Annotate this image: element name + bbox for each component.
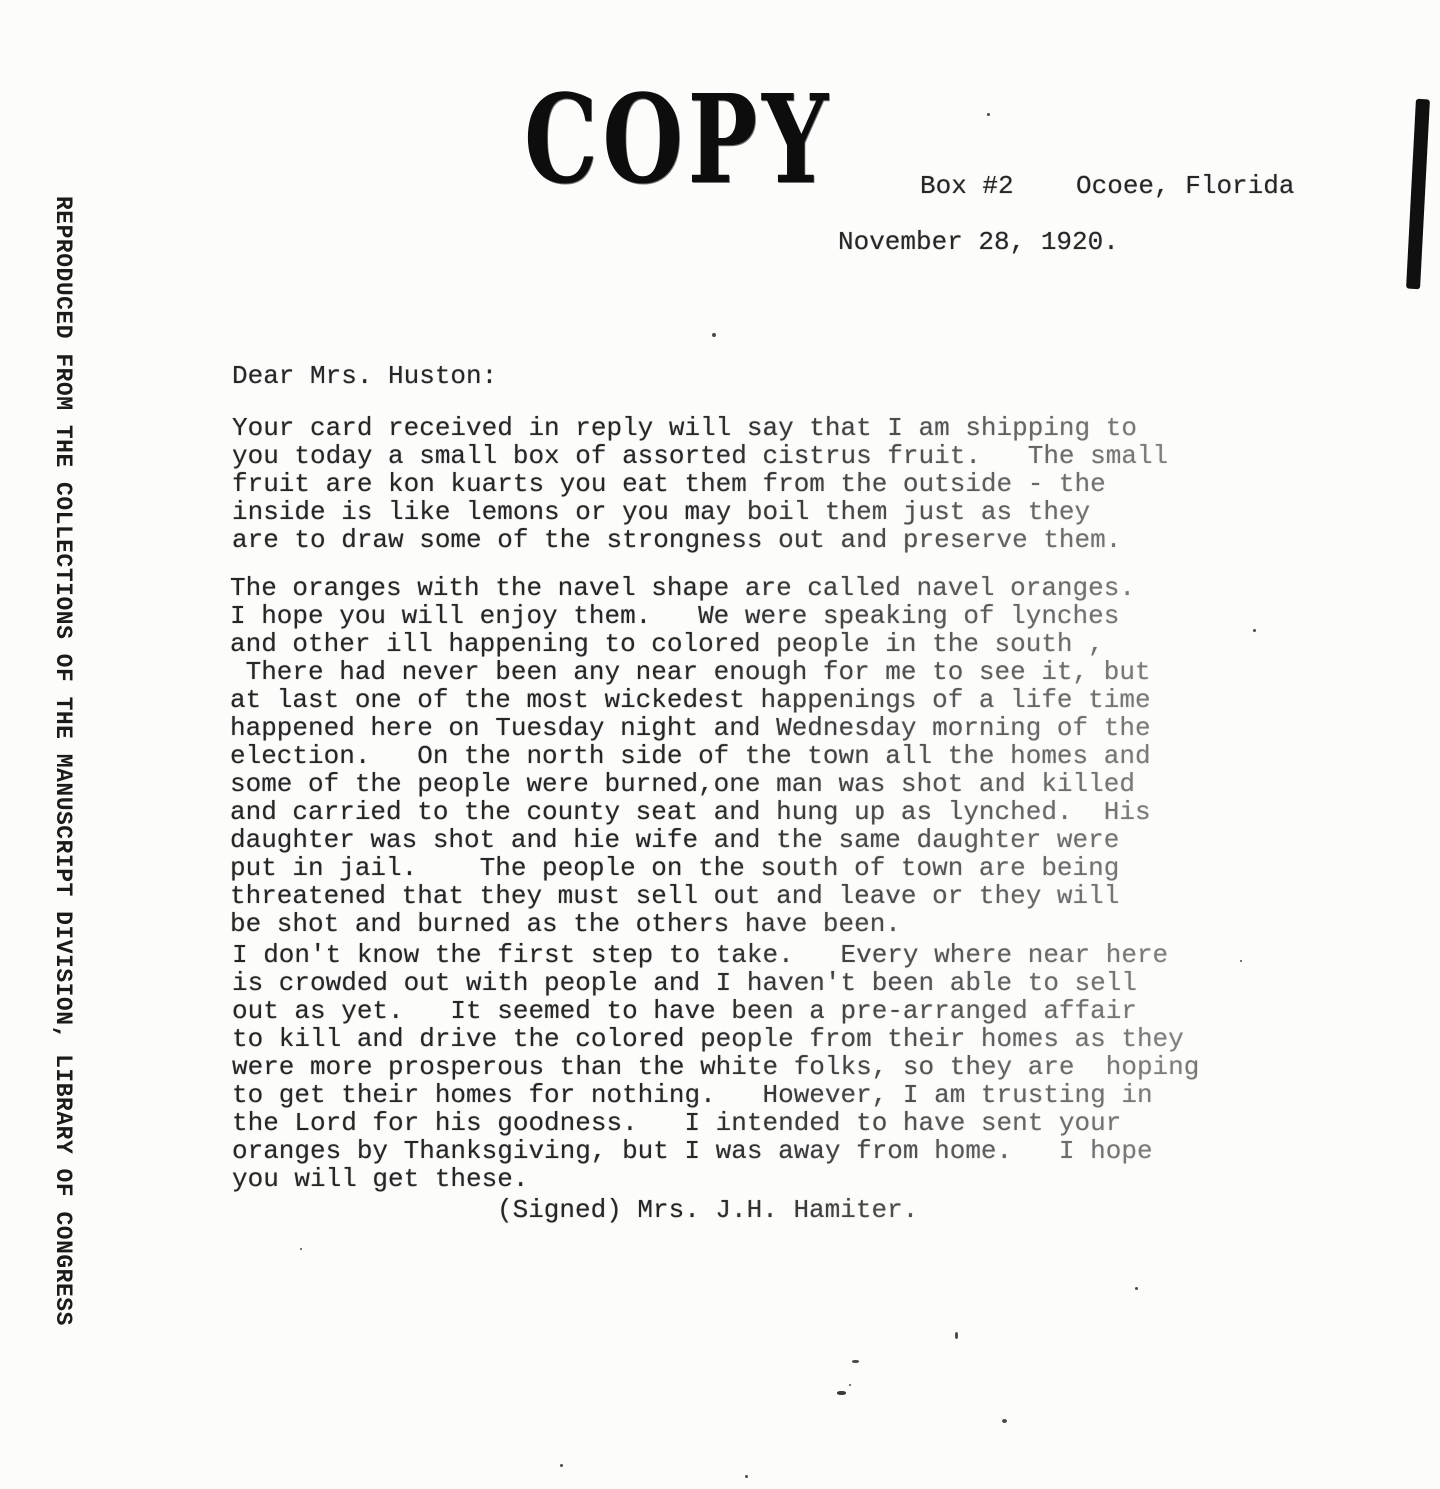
signature-line: (Signed) Mrs. J.H. Hamiter. (497, 1196, 918, 1224)
scan-speck (745, 1475, 748, 1478)
scan-speck (837, 1391, 846, 1395)
scan-speck (1135, 1287, 1138, 1290)
scan-speck (1253, 629, 1256, 632)
scan-speck (1240, 960, 1242, 962)
letter-paragraph-1: Your card received in reply will say tha… (232, 414, 1168, 554)
library-of-congress-stamp: REPRODUCED FROM THE COLLECTIONS OF THE M… (49, 196, 76, 1326)
document-page: COPY REPRODUCED FROM THE COLLECTIONS OF … (0, 0, 1440, 1489)
scan-speck (560, 1464, 563, 1467)
date-line: November 28, 1920. (838, 228, 1119, 256)
salutation: Dear Mrs. Huston: (232, 362, 497, 390)
box-location-line: Box #2 Ocoee, Florida (920, 172, 1294, 200)
letter-paragraph-2: The oranges with the navel shape are cal… (230, 574, 1151, 938)
scan-speck (712, 333, 716, 337)
letter-paragraph-3: I don't know the first step to take. Eve… (232, 941, 1199, 1193)
scan-speck (852, 1360, 859, 1363)
scan-speck (1002, 1419, 1007, 1423)
scan-artifact-bar (1406, 99, 1430, 289)
scan-speck (987, 113, 990, 116)
scan-speck (955, 1332, 958, 1339)
scan-speck (849, 1384, 851, 1386)
copy-stamp: COPY (524, 78, 833, 200)
scan-speck (300, 1248, 302, 1250)
